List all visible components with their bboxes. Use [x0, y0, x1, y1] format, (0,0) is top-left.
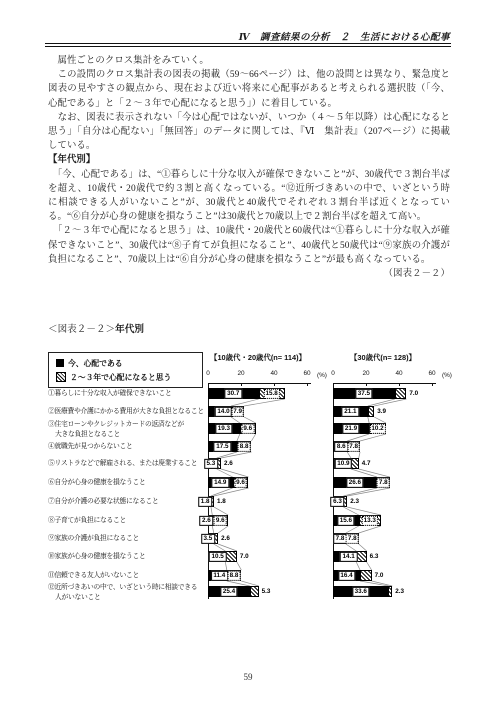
header-rule [45, 43, 451, 47]
legend-item-soon: ２～３年で心配になると思う [56, 372, 202, 383]
value-label-soon: 9.6 [214, 515, 227, 525]
value-label-now: 14.9 [212, 477, 229, 487]
value-label-soon: 7.0 [375, 572, 384, 578]
figure-2-2-chart: 今、心配である ２～３年で心配になると思う ①暮らしに十分な収入が確保できないこ… [48, 350, 468, 615]
value-label-soon: 7.0 [409, 390, 418, 396]
category-label: ⑤リストラなどで解雇される、または廃業すること [48, 459, 210, 469]
paragraph-intro-2: この設問のクロス集計表の図表の掲載（59～66ページ）は、他の設問とは異なり、緊… [48, 68, 450, 111]
category-label: ⑥自分が心身の健康を損なうこと [48, 478, 210, 488]
category-label: ⑧子育てが負担になること [48, 516, 210, 526]
value-label-soon: 9.6 [234, 477, 247, 487]
section-heading: 【年代別】 [48, 153, 450, 167]
category-label: ④就職先が見つからないこと [48, 442, 210, 452]
value-label-soon: 5.3 [262, 588, 271, 594]
value-label-soon: 6.3 [370, 553, 379, 559]
value-label-soon: 8.8 [238, 441, 251, 451]
value-label-now: 19.3 [215, 423, 232, 433]
value-label-now: 16.4 [338, 570, 355, 580]
category-label: ⑦自分が介護の必要な状態になること [48, 497, 210, 507]
legend-swatch-filled-icon [56, 359, 64, 367]
axis-unit-label: (%) [317, 372, 327, 379]
value-label-soon: 7.8 [347, 441, 360, 451]
chart-group-header: 【30歳代(n= 128)】 [303, 352, 463, 363]
value-label-now: 17.5 [214, 441, 231, 451]
bar-soon [368, 406, 374, 417]
axis-tick-label: 60 [303, 370, 310, 377]
value-label-now: 5.3 [204, 458, 218, 468]
axis-tick-label: 40 [270, 370, 277, 377]
legend-swatch-hatched-icon [56, 372, 66, 382]
x-axis-line [208, 383, 311, 384]
paragraph-intro-3: なお、図表に表示されない「今は心配ではないが、いつか（４～５年以降）は心配になる… [48, 111, 450, 154]
bar-soon [388, 586, 392, 597]
value-label-soon: 2.6 [224, 460, 233, 466]
category-label: ⑨家族の介護が負担になること [48, 534, 210, 544]
category-label: ⑫近所づきあいの中で、いざという時に相談できる人がいないこと [48, 583, 210, 603]
figure-caption: ＜図表２－２＞年代別 [48, 321, 144, 335]
value-label-now: 30.7 [225, 388, 242, 398]
value-label-soon: 1.8 [217, 498, 226, 504]
value-label-now: 14.1 [340, 551, 357, 561]
value-label-now: 11.4 [211, 570, 228, 580]
value-label-soon: 7.8 [346, 533, 359, 543]
value-label-soon: 2.3 [395, 588, 404, 594]
value-label-now: 1.8 [198, 496, 212, 506]
figure-caption-title: 年代別 [115, 324, 144, 335]
bar-soon [351, 458, 359, 469]
value-label-now: 7.8 [333, 533, 347, 543]
value-label-now: 15.6 [337, 515, 354, 525]
value-label-now: 10.9 [335, 458, 352, 468]
bar-soon [356, 551, 366, 562]
value-label-soon: 10.2 [369, 423, 385, 433]
value-label-soon: 2.3 [350, 498, 359, 504]
value-label-now: 8.6 [334, 441, 348, 451]
figure-reference: （図表２－２） [48, 267, 450, 281]
page-number: 59 [0, 672, 496, 682]
x-axis-line [333, 383, 436, 384]
paragraph-body-1: 「今、心配である」は、“①暮らしに十分な収入が確保できないこと”が、30歳代で３… [48, 168, 450, 225]
figure-caption-prefix: ＜図表２－２＞ [48, 324, 115, 335]
page-header: Ⅳ 調査結果の分析 ２ 生活における心配事 [239, 29, 450, 43]
value-label-now: 6.3 [331, 496, 345, 506]
legend-label-soon: ２～３年で心配になると思う [70, 372, 171, 383]
axis-tick-label: 60 [428, 370, 435, 377]
axis-tick [432, 383, 433, 386]
axis-tick-label: 0 [206, 370, 210, 377]
bar-soon [250, 586, 259, 597]
value-label-now: 10.5 [209, 551, 226, 561]
body-text: 属性ごとのクロス集計をみていく。 この設問のクロス集計表の図表の掲載（59～66… [48, 54, 450, 281]
category-label: ①暮らしに十分な収入が確保できないこと [48, 389, 210, 399]
bar-soon [360, 570, 372, 581]
axis-tick-label: 20 [237, 370, 244, 377]
value-label-soon: 7.8 [377, 477, 390, 487]
axis-tick [241, 383, 242, 386]
document-page: Ⅳ 調査結果の分析 ２ 生活における心配事 属性ごとのクロス集計をみていく。 こ… [0, 0, 496, 702]
paragraph-intro-1: 属性ごとのクロス集計をみていく。 [48, 54, 450, 68]
value-label-now: 25.4 [220, 586, 237, 596]
category-label: ②医療費や介護にかかる費用が大きな負担となること [48, 407, 210, 417]
axis-tick [366, 383, 367, 386]
category-label: ⑩家族が心身の健康を損なうこと [48, 552, 210, 562]
value-label-soon: 9.6 [241, 423, 254, 433]
axis-tick [307, 383, 308, 386]
value-label-now: 3.5 [201, 533, 215, 543]
bar-soon [395, 388, 407, 399]
category-label: ⑪信頼できる友人がいないこと [48, 571, 210, 581]
axis-tick [333, 383, 334, 386]
axis-tick-label: 40 [395, 370, 402, 377]
value-label-now: 2.6 [200, 515, 214, 525]
value-label-soon: 2.6 [221, 535, 230, 541]
legend-label-now: 今、心配である [68, 358, 123, 369]
value-label-now: 21.1 [342, 406, 359, 416]
value-label-now: 26.6 [346, 477, 363, 487]
axis-unit-label: (%) [442, 372, 452, 379]
value-label-soon: 13.3 [362, 515, 378, 525]
value-label-soon: 7.0 [240, 553, 249, 559]
value-label-soon: 4.7 [362, 460, 371, 466]
value-label-now: 14.0 [215, 406, 232, 416]
value-label-now: 33.6 [352, 586, 369, 596]
category-label: ③住宅ローンやクレジットカードの返済などが大きな負担となること [48, 420, 210, 440]
axis-tick-label: 20 [362, 370, 369, 377]
value-label-now: 37.5 [355, 388, 372, 398]
value-label-soon: 3.9 [377, 408, 386, 414]
paragraph-body-2: 「２～３年で心配になると思う」は、10歳代・20歳代と60歳代は“①暮らしに十分… [48, 224, 450, 267]
value-label-soon: 7.9 [231, 406, 244, 416]
axis-tick-label: 0 [331, 370, 335, 377]
axis-tick [274, 383, 275, 386]
axis-tick [208, 383, 209, 386]
value-label-now: 21.9 [342, 423, 359, 433]
axis-tick [399, 383, 400, 386]
value-label-soon: 15.8 [264, 388, 280, 398]
value-label-soon: 8.8 [228, 570, 241, 580]
bar-soon [225, 551, 237, 562]
